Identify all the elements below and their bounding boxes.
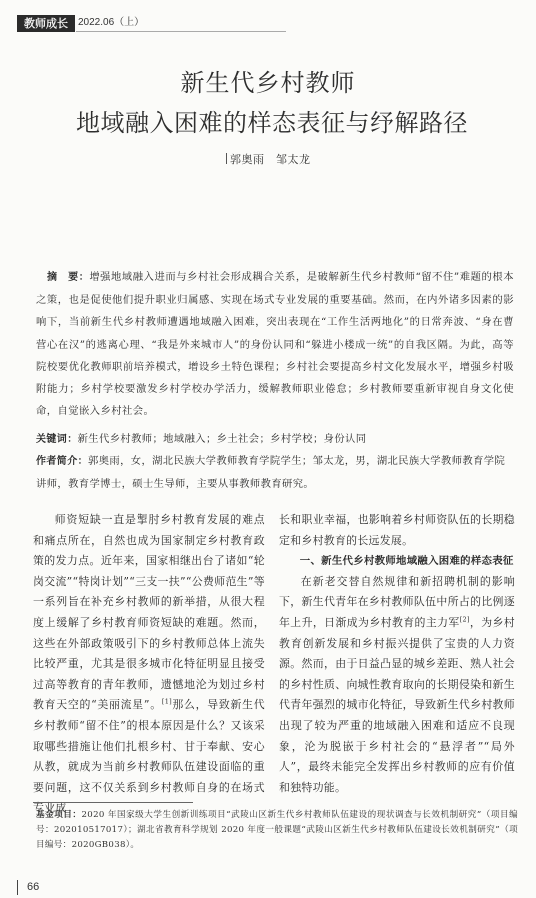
issue-date: 2022.06（上） xyxy=(78,16,144,30)
author-bar xyxy=(226,153,227,164)
author-names: 郭奥雨 邹太龙 xyxy=(230,153,311,166)
body-paragraph-cont: 长和职业幸福，也影响着乡村师资队伍的长期稳定和乡村教育的长远发展。 xyxy=(279,510,515,551)
abstract: 摘 要：增强地域融入进而与乡村社会形成耦合关系，是破解新生代乡村教师“留不住”难… xyxy=(36,266,514,422)
citation-ref[interactable]: [1] xyxy=(162,698,172,706)
page-number-bar xyxy=(17,880,18,895)
section-tag: 教师成长 xyxy=(17,15,75,32)
keywords: 关键词：新生代乡村教师；地域融入；乡土社会；乡村学校；身份认同 xyxy=(36,428,514,451)
title-line-1: 新生代乡村教师 xyxy=(0,63,536,98)
header-rule xyxy=(76,31,286,32)
body-column-left: 师资短缺一直是掣肘乡村教育发展的难点和痛点所在，自然也成为国家制定乡村教育政策的… xyxy=(33,510,265,819)
keywords-text: 新生代乡村教师；地域融入；乡土社会；乡村学校；身份认同 xyxy=(78,433,367,445)
citation-ref[interactable]: [2] xyxy=(460,615,470,623)
body-paragraph: 师资短缺一直是掣肘乡村教育发展的难点和痛点所在，自然也成为国家制定乡村教育政策的… xyxy=(33,510,265,819)
body-paragraph: 在新老交替自然规律和新招聘机制的影响下，新生代青年在乡村教师队伍中所占的比例逐年… xyxy=(279,572,515,799)
footnote-label: 基金项目： xyxy=(36,810,82,820)
abstract-text: 增强地域融入进而与乡村社会形成耦合关系，是破解新生代乡村教师“留不住”难题的根本… xyxy=(36,271,514,417)
footnote-text: 2020 年国家级大学生创新训练项目“武陵山区新生代乡村教师队伍建设的现状调查与… xyxy=(36,810,518,850)
author-intro-label: 作者简介： xyxy=(36,456,88,467)
page-number-value: 66 xyxy=(27,881,39,893)
keywords-label: 关键词： xyxy=(36,434,78,445)
running-header: 教师成长 2022.06（上） xyxy=(17,15,536,32)
abstract-label: 摘 要： xyxy=(47,272,89,283)
authors: 郭奥雨 邹太龙 xyxy=(226,151,311,167)
footnote: 基金项目：2020 年国家级大学生创新训练项目“武陵山区新生代乡村教师队伍建设的… xyxy=(36,808,518,852)
body-column-right: 长和职业幸福，也影响着乡村师资队伍的长期稳定和乡村教育的长远发展。 一、新生代乡… xyxy=(279,510,515,798)
footnote-rule xyxy=(33,802,193,803)
author-intro: 作者简介：郭奥雨，女，湖北民族大学教师教育学院学生；邹太龙，男，湖北民族大学教师… xyxy=(36,450,514,495)
title-line-2: 地域融入困难的样态表征与纾解路径 xyxy=(4,103,536,138)
author-intro-text: 郭奥雨，女，湖北民族大学教师教育学院学生；邹太龙，男，湖北民族大学教师教育学院讲… xyxy=(36,455,505,490)
section-heading: 一、新生代乡村教师地域融入困难的样态表征 xyxy=(279,551,515,572)
